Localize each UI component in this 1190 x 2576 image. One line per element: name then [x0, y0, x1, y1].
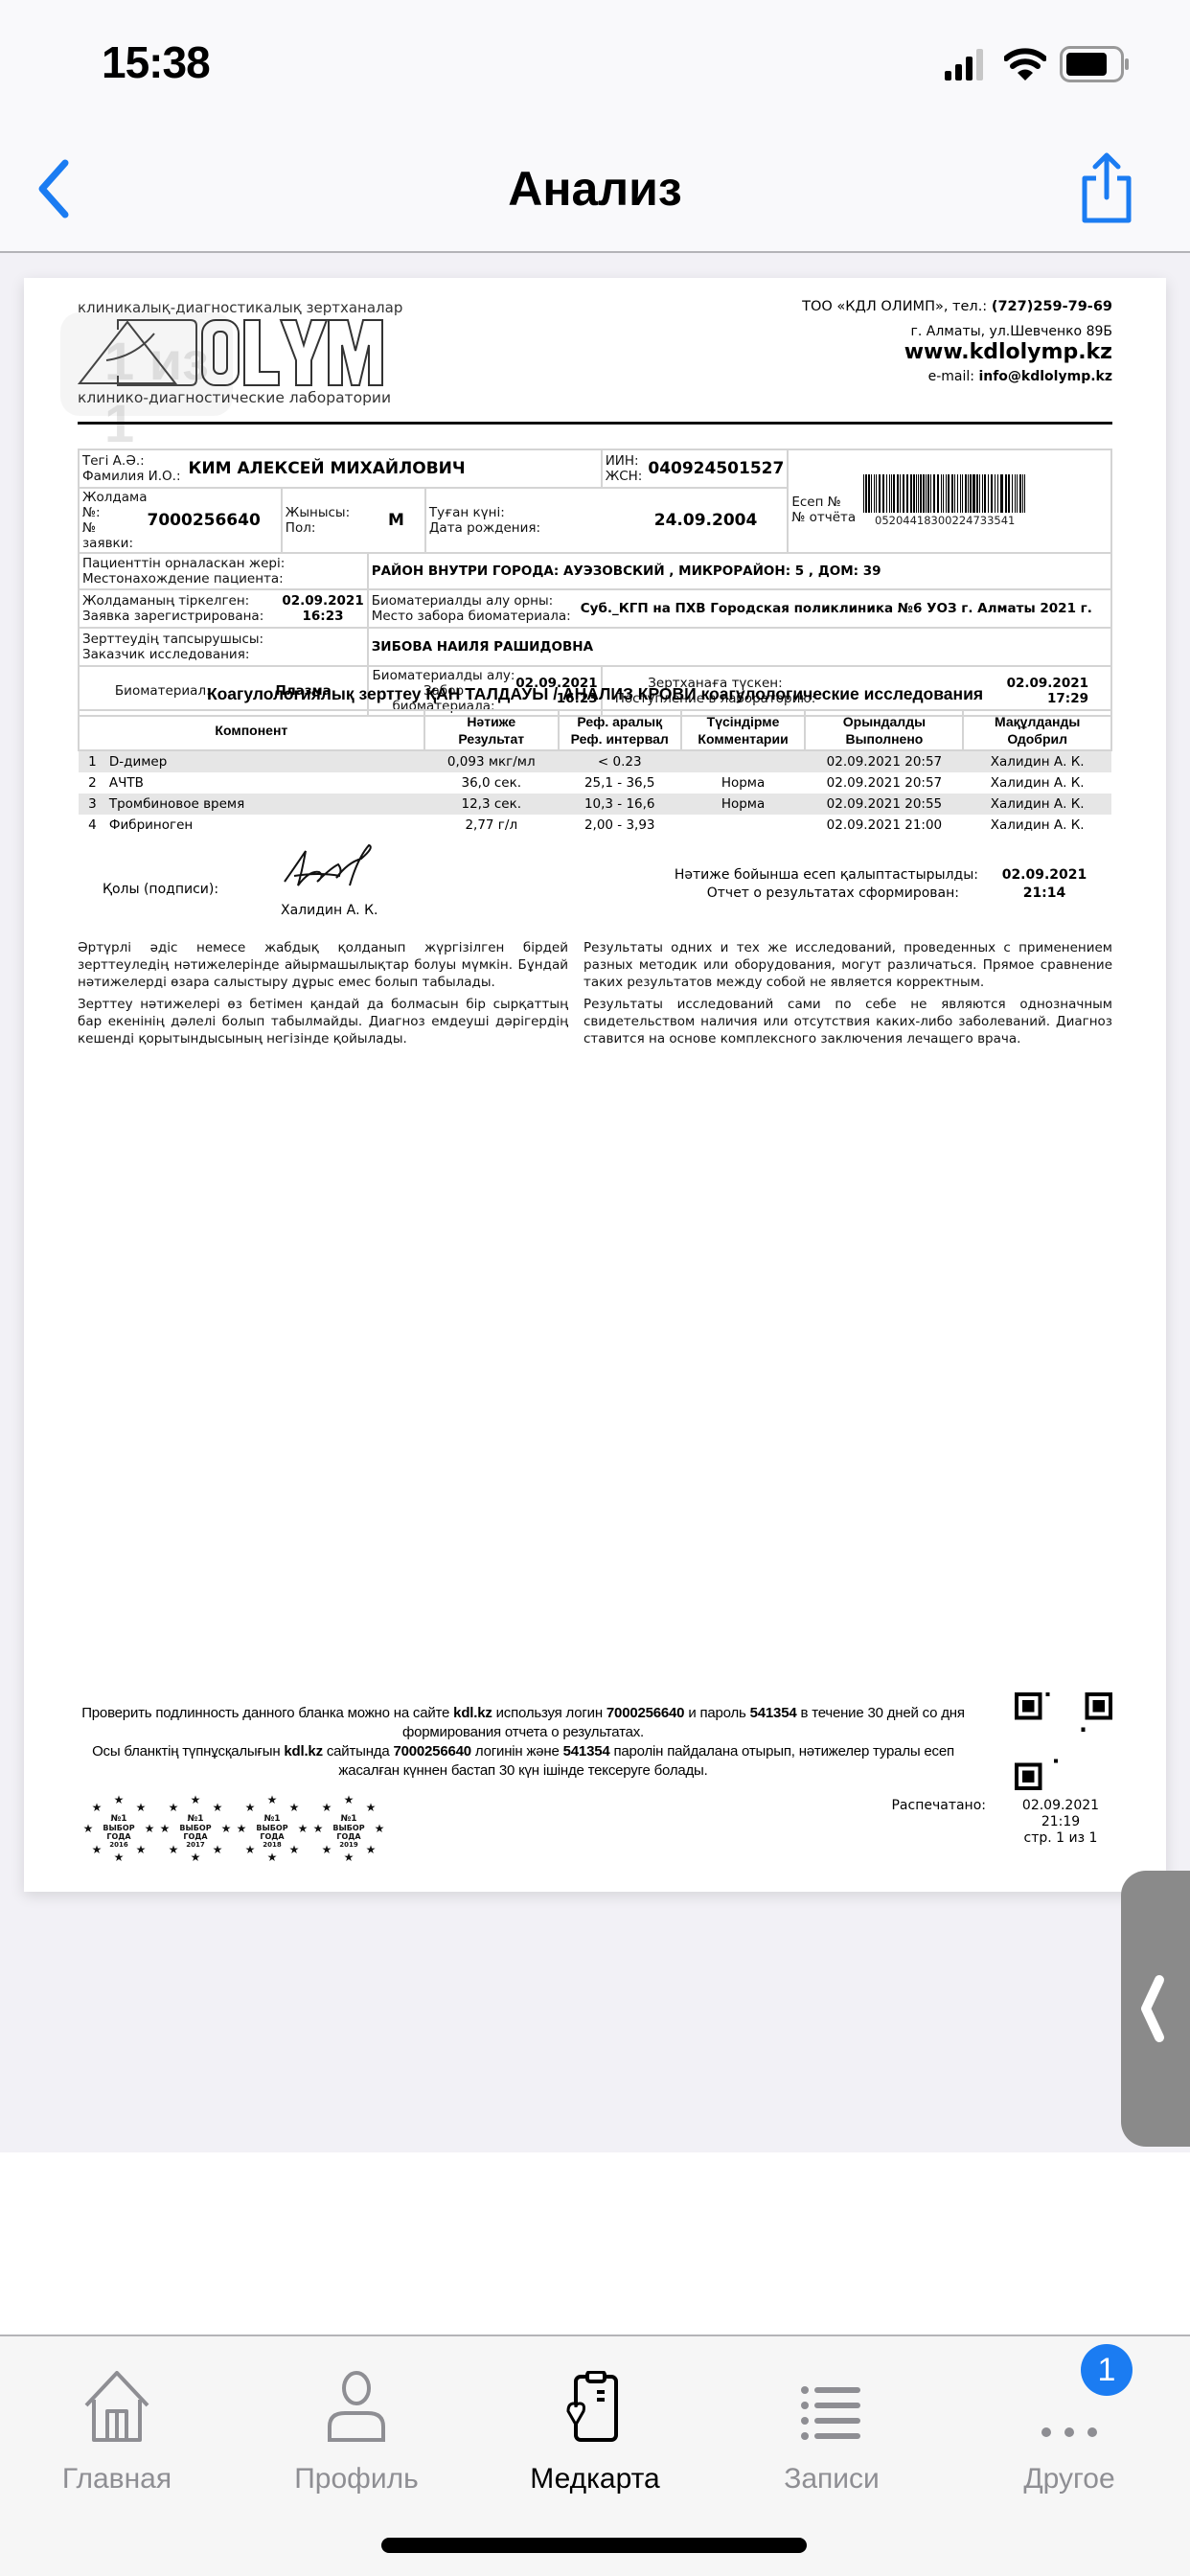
- patient-name: КИМ АЛЕКСЕЙ МИХАЙЛОВИЧ: [189, 461, 466, 476]
- chevron-left-icon: [1121, 1871, 1190, 2147]
- column-header: МақұлдандыОдобрил: [963, 710, 1111, 750]
- tab-medcard[interactable]: Медкарта: [490, 2356, 700, 2495]
- svg-text:★: ★: [169, 1843, 179, 1856]
- svg-text:★: ★: [169, 1801, 179, 1814]
- company-website: www.kdlolymp.kz: [802, 340, 1112, 364]
- award-badge-icon: ★★★★★★★★ №1ВЫБОРГОДА2018: [237, 1792, 308, 1863]
- header-divider: [78, 422, 1112, 425]
- svg-text:ГОДА: ГОДА: [183, 1832, 208, 1841]
- person-icon: [324, 2371, 389, 2442]
- svg-text:★: ★: [366, 1843, 377, 1856]
- svg-text:★: ★: [322, 1801, 332, 1814]
- svg-text:2016: 2016: [109, 1841, 128, 1849]
- svg-text:ГОДА: ГОДА: [260, 1832, 285, 1841]
- award-badge-icon: ★★★★★★★★ №1ВЫБОРГОДА2016: [83, 1792, 154, 1863]
- patient-iin: 040924501527: [648, 461, 784, 476]
- medcard-icon: [566, 2371, 624, 2442]
- table-row: 3Тромбиновое время12,3 сек.10,3 - 16,6Но…: [79, 793, 1111, 815]
- svg-text:№1: №1: [340, 1814, 356, 1824]
- wifi-icon: [1004, 47, 1046, 81]
- list-icon: [801, 2384, 862, 2442]
- svg-text:★: ★: [191, 1851, 201, 1863]
- svg-text:★: ★: [245, 1843, 256, 1856]
- table-row: 2АЧТВ36,0 сек.25,1 - 36,5Норма02.09.2021…: [79, 772, 1111, 793]
- svg-text:★: ★: [245, 1801, 256, 1814]
- svg-text:ВЫБОР: ВЫБОР: [256, 1824, 287, 1832]
- svg-text:★: ★: [221, 1822, 231, 1835]
- report-formed: Нәтиже бойынша есеп қалыптастырылды:02.0…: [675, 866, 1087, 903]
- award-badge-icon: ★★★★★★★★ №1ВЫБОРГОДА2019: [313, 1792, 384, 1863]
- svg-text:№1: №1: [187, 1814, 203, 1824]
- svg-text:2017: 2017: [186, 1841, 205, 1849]
- svg-text:★: ★: [213, 1843, 223, 1856]
- svg-text:★: ★: [313, 1822, 323, 1835]
- battery-icon: [1060, 46, 1131, 82]
- column-header: Реф. аралықРеф. интервал: [559, 710, 681, 750]
- svg-text:★: ★: [114, 1793, 125, 1806]
- order-number: 7000256640: [148, 513, 261, 528]
- award-badge-icon: ★★★★★★★★ №1ВЫБОРГОДА2017: [160, 1792, 231, 1863]
- column-header: ТүсіндірмеКомментарии: [681, 710, 806, 750]
- share-icon[interactable]: [1077, 151, 1136, 224]
- olymp-logo-icon: [78, 316, 394, 389]
- column-header: ОрындалдыВыполнено: [805, 710, 963, 750]
- verification-note: Проверить подлинность данного бланка мож…: [78, 1704, 969, 1781]
- svg-text:★: ★: [289, 1843, 300, 1856]
- svg-text:★: ★: [83, 1822, 93, 1835]
- logo-kz-text: клиникалық-диагностикалық зертханалар: [78, 299, 402, 316]
- side-drawer-handle[interactable]: [1121, 1871, 1190, 2147]
- svg-text:★: ★: [191, 1793, 201, 1806]
- table-row: 1D-димер0,093 мкг/мл< 0.2302.09.2021 20:…: [79, 750, 1111, 772]
- svg-text:★: ★: [92, 1843, 103, 1856]
- disclaimer-kz: Әртүрлі әдіс немесе жабдық қолданып жүрг…: [78, 939, 568, 1052]
- patient-dob: 24.09.2004: [654, 513, 758, 528]
- svg-text:★: ★: [213, 1801, 223, 1814]
- company-info: ТОО «КДЛ ОЛИМП», тел.: (727)259-79-69 г.…: [802, 299, 1112, 384]
- svg-text:№1: №1: [110, 1814, 126, 1824]
- home-indicator[interactable]: [381, 2538, 807, 2553]
- svg-text:★: ★: [267, 1851, 278, 1863]
- patient-sex: М: [388, 513, 404, 528]
- tab-other[interactable]: Другое: [964, 2356, 1175, 2495]
- svg-text:★: ★: [114, 1851, 125, 1863]
- tab-home[interactable]: Главная: [11, 2356, 222, 2495]
- svg-text:★: ★: [267, 1793, 278, 1806]
- svg-text:★: ★: [92, 1801, 103, 1814]
- column-header: Компонент: [79, 710, 424, 750]
- svg-text:ВЫБОР: ВЫБОР: [103, 1824, 134, 1832]
- signature-image: [281, 843, 380, 891]
- svg-text:★: ★: [298, 1822, 308, 1835]
- svg-text:ВЫБОР: ВЫБОР: [332, 1824, 364, 1832]
- document-page: 1 из 1 клиникалық-диагностикалық зертхан…: [24, 278, 1166, 1892]
- svg-text:★: ★: [289, 1801, 300, 1814]
- page-title: Анализ: [0, 161, 1190, 217]
- awards-row: ★★★★★★★★ №1ВЫБОРГОДА2016 ★★★★★★★★ №1ВЫБО…: [83, 1792, 384, 1863]
- logo-ru-text: клинико-диагностические лаборатории: [78, 389, 391, 406]
- svg-text:★: ★: [344, 1793, 355, 1806]
- results-table: Компонент НәтижеРезультат Реф. аралықРеф…: [78, 709, 1112, 836]
- status-time: 15:38: [102, 36, 210, 88]
- svg-text:★: ★: [344, 1851, 355, 1863]
- svg-text:★: ★: [160, 1822, 170, 1835]
- svg-text:2019: 2019: [339, 1841, 358, 1849]
- svg-text:★: ★: [375, 1822, 384, 1835]
- report-barcode: 05204418300224733541: [863, 474, 1026, 528]
- svg-text:★: ★: [237, 1822, 246, 1835]
- disclaimer-ru: Результаты одних и тех же исследований, …: [584, 939, 1112, 1052]
- svg-text:★: ★: [136, 1843, 147, 1856]
- printed-info: Распечатано: 02.09.202121:19стр. 1 из 1: [891, 1798, 1112, 1847]
- svg-text:ГОДА: ГОДА: [336, 1832, 361, 1841]
- tab-profile[interactable]: Профиль: [251, 2356, 462, 2495]
- qr-code-icon: [1015, 1692, 1112, 1790]
- svg-text:★: ★: [136, 1801, 147, 1814]
- more-icon: [1039, 2423, 1100, 2442]
- signature-label: Қолы (подписи):: [103, 882, 218, 897]
- svg-text:ВЫБОР: ВЫБОР: [179, 1824, 211, 1832]
- svg-text:2018: 2018: [263, 1841, 282, 1849]
- patient-location: РАЙОН ВНУТРИ ГОРОДА: АУЭЗОВСКИЙ , МИКРОР…: [372, 563, 881, 579]
- column-header: НәтижеРезультат: [424, 710, 559, 750]
- svg-text:★: ★: [145, 1822, 154, 1835]
- svg-text:★: ★: [322, 1843, 332, 1856]
- status-icons: [945, 46, 1131, 82]
- pdf-viewer[interactable]: 1 из 1 клиникалық-диагностикалық зертхан…: [0, 255, 1190, 2152]
- patient-info-table: Тегі А.Ә.:Фамилия И.О.:КИМ АЛЕКСЕЙ МИХАЙ…: [78, 448, 1112, 717]
- content-spacer: [0, 2152, 1190, 2334]
- top-bar: 15:38 Анализ: [0, 0, 1190, 253]
- svg-text:№1: №1: [263, 1814, 280, 1824]
- svg-text:★: ★: [366, 1801, 377, 1814]
- table-row: 4Фибриноген2,77 г/л2,00 - 3,9302.09.2021…: [79, 815, 1111, 836]
- svg-text:ГОДА: ГОДА: [106, 1832, 131, 1841]
- collection-place: Суб._КГП на ПХВ Городская поликлиника №6…: [581, 601, 1092, 616]
- home-icon: [82, 2371, 151, 2442]
- signer-name: Халидин А. К.: [281, 903, 378, 918]
- tab-records[interactable]: Записи: [726, 2356, 937, 2495]
- section-title: Коагулологиялық зерттеу ҚАН ТАЛДАУЫ / АН…: [78, 684, 1112, 704]
- cellular-signal-icon: [945, 48, 991, 80]
- customer-name: ЗИБОВА НАИЛЯ РАШИДОВНА: [372, 639, 593, 655]
- notification-badge: 1: [1081, 2344, 1133, 2396]
